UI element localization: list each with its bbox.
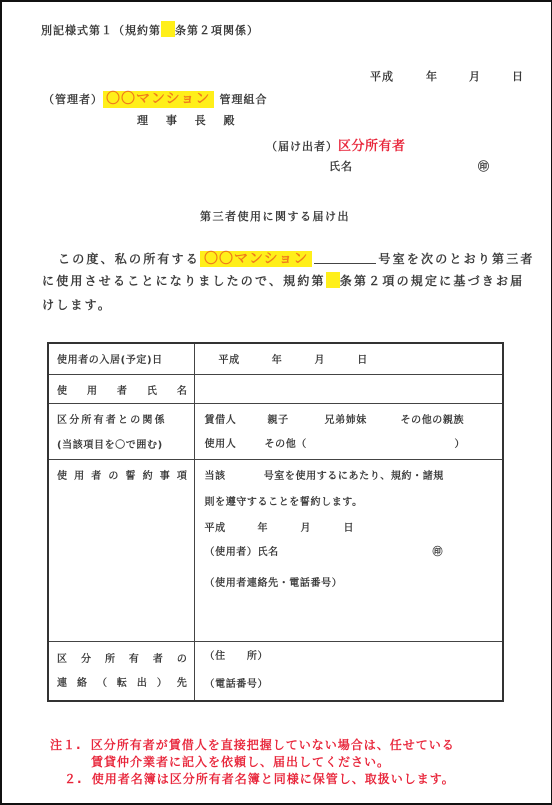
note2-marker: ２. (64, 772, 83, 786)
pledge-line1-b: 号室を使用するにあたり、規約・諸規 (264, 471, 444, 482)
pledge-contact-label: （使用者連絡先・電話番号） (205, 574, 495, 589)
user-name-label-chars: 使 用 者 氏 名 (57, 382, 188, 397)
addressee-label: （管理者） (43, 93, 103, 106)
move-in-date-label: 使用者の入居(予定)日 (48, 343, 194, 374)
body-line2-prefix: に使用させることになりましたので、規約第 (42, 274, 326, 288)
body-line-1: この度、私の所有する〇〇マンション号室を次のとおり第三者 (58, 248, 535, 268)
date-year[interactable]: 年 (426, 68, 438, 84)
addressee-line: （管理者）〇〇マンション 管理組合 (43, 88, 267, 108)
submission-date: 平成 年 月 日 (370, 68, 530, 84)
note1-line1: 区分所有者が賃借人を直接把握していない場合は、任せている (91, 738, 455, 752)
char: 者 (153, 650, 164, 665)
table-row-user-name: 使 用 者 氏 名 (48, 374, 503, 403)
relationship-options-line2: 使用人 その他（ ） (205, 435, 495, 449)
owner-contact-label-line1: 区 分 所 有 者 の (57, 650, 188, 665)
body-line1-suffix: 号室を次のとおり第三者 (378, 252, 534, 266)
char: 転 (117, 674, 128, 689)
pledge-line-2: 則を遵守することを誓約します。 (205, 493, 495, 508)
body-line1-prefix: この度、私の所有する (58, 252, 200, 266)
char: の (177, 650, 188, 665)
body-line-3: けします。 (42, 296, 112, 313)
option-other[interactable]: その他（ (265, 435, 307, 450)
option-siblings[interactable]: 兄弟姉妹 (325, 411, 367, 426)
char: 連 (57, 674, 68, 689)
move-in-day[interactable]: 日 (357, 355, 368, 366)
move-in-date-value[interactable]: 平成 年 月 日 (194, 343, 503, 374)
char: 項 (177, 467, 188, 482)
relationship-options: 賃借人 親子 兄弟姉妹 その他の親族 使用人 その他（ ） (194, 403, 503, 459)
char: 所 (105, 650, 116, 665)
move-in-era: 平成 (219, 355, 240, 366)
date-day[interactable]: 日 (512, 68, 524, 84)
char: 使 (57, 382, 68, 397)
pledge-seal-icon: ㊞ (433, 543, 444, 558)
pledge-date-era: 平成 (205, 519, 226, 534)
note-2: ２. 使用者名簿は区分所有者名簿と同様に保管し、取扱いします。 (64, 770, 455, 787)
move-in-month[interactable]: 月 (315, 355, 326, 366)
table-row-pledge: 使 用 者 の 誓 約 事 項 当該号室を使用するにあたり、規約・諸規 則を遵守… (48, 459, 503, 641)
char: 使 (57, 467, 68, 482)
note1-marker: 注１. (50, 738, 82, 752)
document-title: 第三者使用に関する届け出 (200, 208, 350, 224)
submitter-label: （届け出者） (266, 140, 338, 153)
body-line-2: に使用させることになりましたので、規約第条第２項の規定に基づきお届 (42, 272, 524, 289)
pledge-label: 使 用 者 の 誓 約 事 項 (48, 459, 194, 641)
option-employee[interactable]: 使用人 (205, 435, 237, 450)
body-line2-suffix: 条第２項の規定に基づきお届 (340, 274, 525, 288)
option-tenant[interactable]: 賃借人 (205, 411, 237, 426)
owner-address-field[interactable]: （住 所） (205, 647, 495, 662)
char: （ (97, 674, 108, 689)
option-other-close-paren: ） (455, 435, 466, 450)
usage-form-table: 使用者の入居(予定)日 平成 年 月 日 使 用 者 氏 名 区分所有者との関係… (47, 342, 504, 702)
owner-contact-label-line2: 連 絡 （ 転 出 ） 先 (57, 674, 188, 689)
table-row-relationship: 区分所有者との関係 (当該項目を〇で囲む) 賃借人 親子 兄弟姉妹 その他の親族… (48, 403, 503, 459)
date-era: 平成 (370, 70, 394, 83)
seal-icon: ㊞ (478, 158, 490, 174)
pledge-line-1: 当該号室を使用するにあたり、規約・諸規 (205, 467, 495, 482)
submitter-role: 区分所有者 (338, 139, 406, 154)
date-month[interactable]: 月 (469, 68, 481, 84)
char: 約 (143, 467, 154, 482)
pledge-label-chars: 使 用 者 の 誓 約 事 項 (57, 467, 188, 482)
body-article-blank[interactable] (326, 272, 340, 288)
pledge-signer-label: （使用者）氏名 (205, 543, 279, 558)
char: 事 (160, 467, 171, 482)
form-header-prefix: 別記様式第１（規約第 (41, 24, 161, 37)
pledge-signer: （使用者）氏名 ㊞ (205, 543, 495, 557)
pledge-date-month[interactable]: 月 (301, 519, 312, 534)
move-in-year[interactable]: 年 (272, 355, 283, 366)
option-other-relatives[interactable]: その他の親族 (401, 411, 465, 426)
char: 者 (91, 467, 102, 482)
char: 区 (57, 650, 68, 665)
table-row-move-in-date: 使用者の入居(予定)日 平成 年 月 日 (48, 343, 503, 374)
form-header-suffix: 条第２項関係） (175, 24, 259, 37)
submitter-name-label: 氏名 (329, 158, 353, 174)
table-row-owner-contact: 区 分 所 有 者 の 連 絡 （ 転 出 ） 先 （住 所） （電話番号） (48, 641, 503, 701)
relationship-options-line1: 賃借人 親子 兄弟姉妹 その他の親族 (205, 411, 495, 425)
pledge-date: 平成 年 月 日 (205, 519, 495, 533)
char: 先 (177, 674, 188, 689)
char: 誓 (126, 467, 137, 482)
user-name-field[interactable] (194, 374, 503, 403)
char: 用 (74, 467, 85, 482)
relationship-label-line1: 区分所有者との関係 (57, 411, 188, 426)
pledge-content: 当該号室を使用するにあたり、規約・諸規 則を遵守することを誓約します。 平成 年… (194, 459, 503, 641)
relationship-label: 区分所有者との関係 (当該項目を〇で囲む) (48, 403, 194, 459)
char: 出 (137, 674, 148, 689)
article-number-blank[interactable] (161, 21, 175, 37)
note2-line1: 使用者名簿は区分所有者名簿と同様に保管し、取扱いします。 (92, 772, 455, 786)
char: の (108, 467, 119, 482)
association-label: 管理組合 (219, 93, 267, 106)
note-1: 注１. 区分所有者が賃借人を直接把握していない場合は、任せている (50, 736, 455, 753)
char: ） (157, 674, 168, 689)
owner-contact-fields: （住 所） （電話番号） (194, 641, 503, 701)
form-header: 別記様式第１（規約第条第２項関係） (41, 21, 259, 38)
chairman-title: 理 事 長 殿 (137, 112, 242, 128)
owner-contact-label: 区 分 所 有 者 の 連 絡 （ 転 出 ） 先 (48, 641, 194, 701)
char: 有 (129, 650, 140, 665)
room-number-blank[interactable] (314, 251, 376, 264)
move-in-date-label-text: 使用者の入居(予定)日 (57, 355, 163, 366)
option-parent-child[interactable]: 親子 (268, 411, 289, 426)
pledge-date-day[interactable]: 日 (344, 519, 355, 534)
pledge-line1-a: 当該 (205, 471, 226, 482)
owner-phone-field[interactable]: （電話番号） (205, 675, 495, 690)
char: 用 (87, 382, 98, 397)
body-building-name[interactable]: 〇〇マンション (200, 251, 312, 267)
char: 者 (117, 382, 128, 397)
char: 絡 (77, 674, 88, 689)
user-name-label: 使 用 者 氏 名 (48, 374, 194, 403)
submitter-line: （届け出者）区分所有者 (266, 135, 406, 154)
pledge-date-year[interactable]: 年 (258, 519, 269, 534)
relationship-label-line2: (当該項目を〇で囲む) (57, 436, 188, 451)
char: 氏 (147, 382, 158, 397)
char: 分 (81, 650, 92, 665)
building-name-highlight[interactable]: 〇〇マンション (103, 91, 214, 108)
note1-line2: 賃貸仲介業者に記入を依頼し、届出してください。 (91, 753, 390, 770)
char: 名 (177, 382, 188, 397)
